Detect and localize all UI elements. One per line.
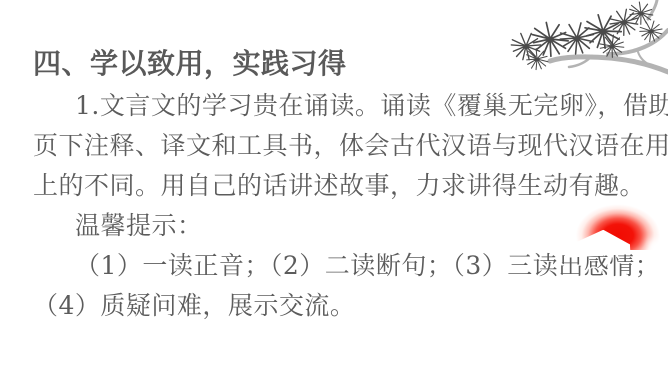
- body-line-5: （1）一读正音；（2）二读断句；（3）三读出感情；: [33, 246, 648, 286]
- slide-body: 1.文言文的学习贵在诵读。诵读《覆巢无完卵》，借助 页下注释、译文和工具书，体会…: [33, 86, 648, 326]
- red-sun-decoration: [572, 198, 664, 250]
- sun-fade-edge: [648, 240, 668, 258]
- pine-branch-illustration: [490, 0, 668, 95]
- slide-title: 四、学以致用，实践习得: [33, 42, 347, 82]
- body-line-6: （4）质疑问难，展示交流。: [33, 286, 648, 326]
- body-line-4: 温馨提示：: [33, 206, 648, 246]
- body-line-3: 上的不同。用自己的话讲述故事，力求讲得生动有趣。: [33, 166, 648, 206]
- body-line-2: 页下注释、译文和工具书，体会古代汉语与现代汉语在用词: [33, 126, 648, 166]
- body-line-1: 1.文言文的学习贵在诵读。诵读《覆巢无完卵》，借助: [33, 86, 648, 126]
- presentation-slide: 四、学以致用，实践习得 1.文言文的学习贵在诵读。诵读《覆巢无完卵》，借助 页下…: [0, 0, 668, 376]
